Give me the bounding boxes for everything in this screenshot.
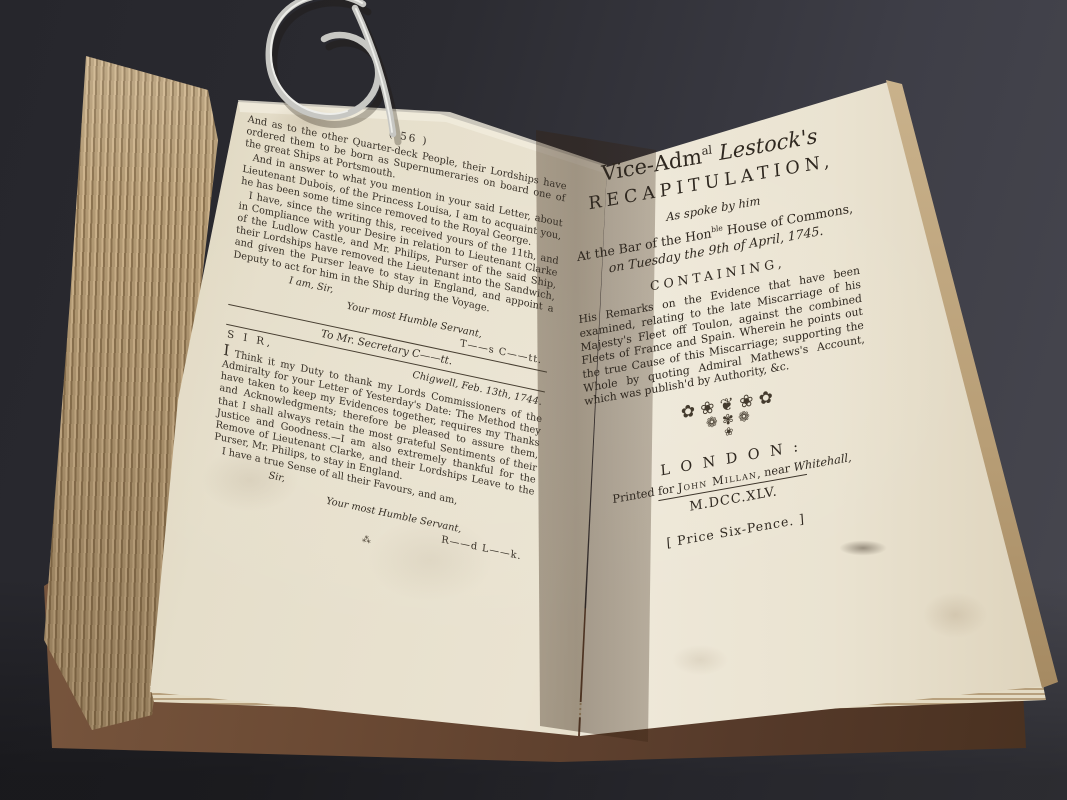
wire-loop <box>235 0 420 164</box>
title-page-text: Vice-Admal Lestock's RECAPITULATION, As … <box>566 118 879 563</box>
bar-superscript: ble <box>711 223 723 234</box>
left-page-text: ( 56 ) And as to the other Quarter-deck … <box>206 98 568 580</box>
photo-open-book: ( 56 ) And as to the other Quarter-deck … <box>0 0 1067 800</box>
